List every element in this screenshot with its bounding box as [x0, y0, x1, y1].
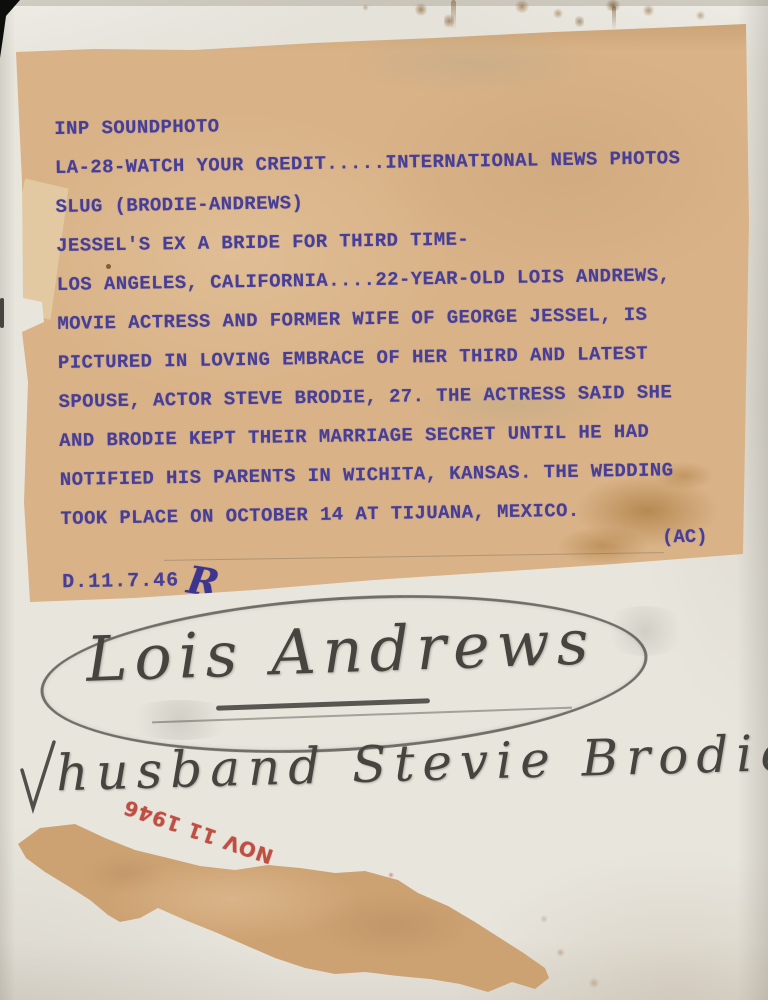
- date-code-row: D.11.7.46R: [62, 549, 222, 597]
- checkmark-pencil: [16, 736, 60, 814]
- photographer-initials: (AC): [662, 526, 708, 549]
- pencil-hairline: [164, 552, 664, 561]
- stain-blob: [362, 4, 369, 11]
- stain-blob: [514, 0, 530, 13]
- stain-blob: [643, 4, 654, 17]
- stain-blob: [575, 14, 584, 29]
- caption-slip: INP SOUNDPHOTO LA-28-WATCH YOUR CREDIT..…: [14, 22, 750, 604]
- stain-speck: [588, 978, 600, 988]
- stain-speck: [556, 948, 565, 957]
- date-code: D.11.7.46: [62, 569, 179, 594]
- top-edge-shading: [0, 0, 768, 6]
- press-photo-back: INP SOUNDPHOTO LA-28-WATCH YOUR CREDIT..…: [0, 0, 768, 1000]
- stain-blob: [696, 10, 705, 21]
- handwritten-r-annotation: R: [184, 557, 223, 607]
- stain-speck: [540, 915, 548, 923]
- stain-blob: [553, 8, 563, 19]
- left-edge-mark: [0, 298, 4, 328]
- stain-blob: [415, 2, 427, 17]
- typed-caption: INP SOUNDPHOTO LA-28-WATCH YOUR CREDIT..…: [54, 99, 751, 539]
- dark-corner-topleft: [0, 0, 24, 60]
- torn-paper-fragment: [16, 820, 556, 996]
- stain-drip: [612, 6, 616, 30]
- red-ink-speck: [388, 872, 394, 878]
- stain-drip: [451, 0, 456, 30]
